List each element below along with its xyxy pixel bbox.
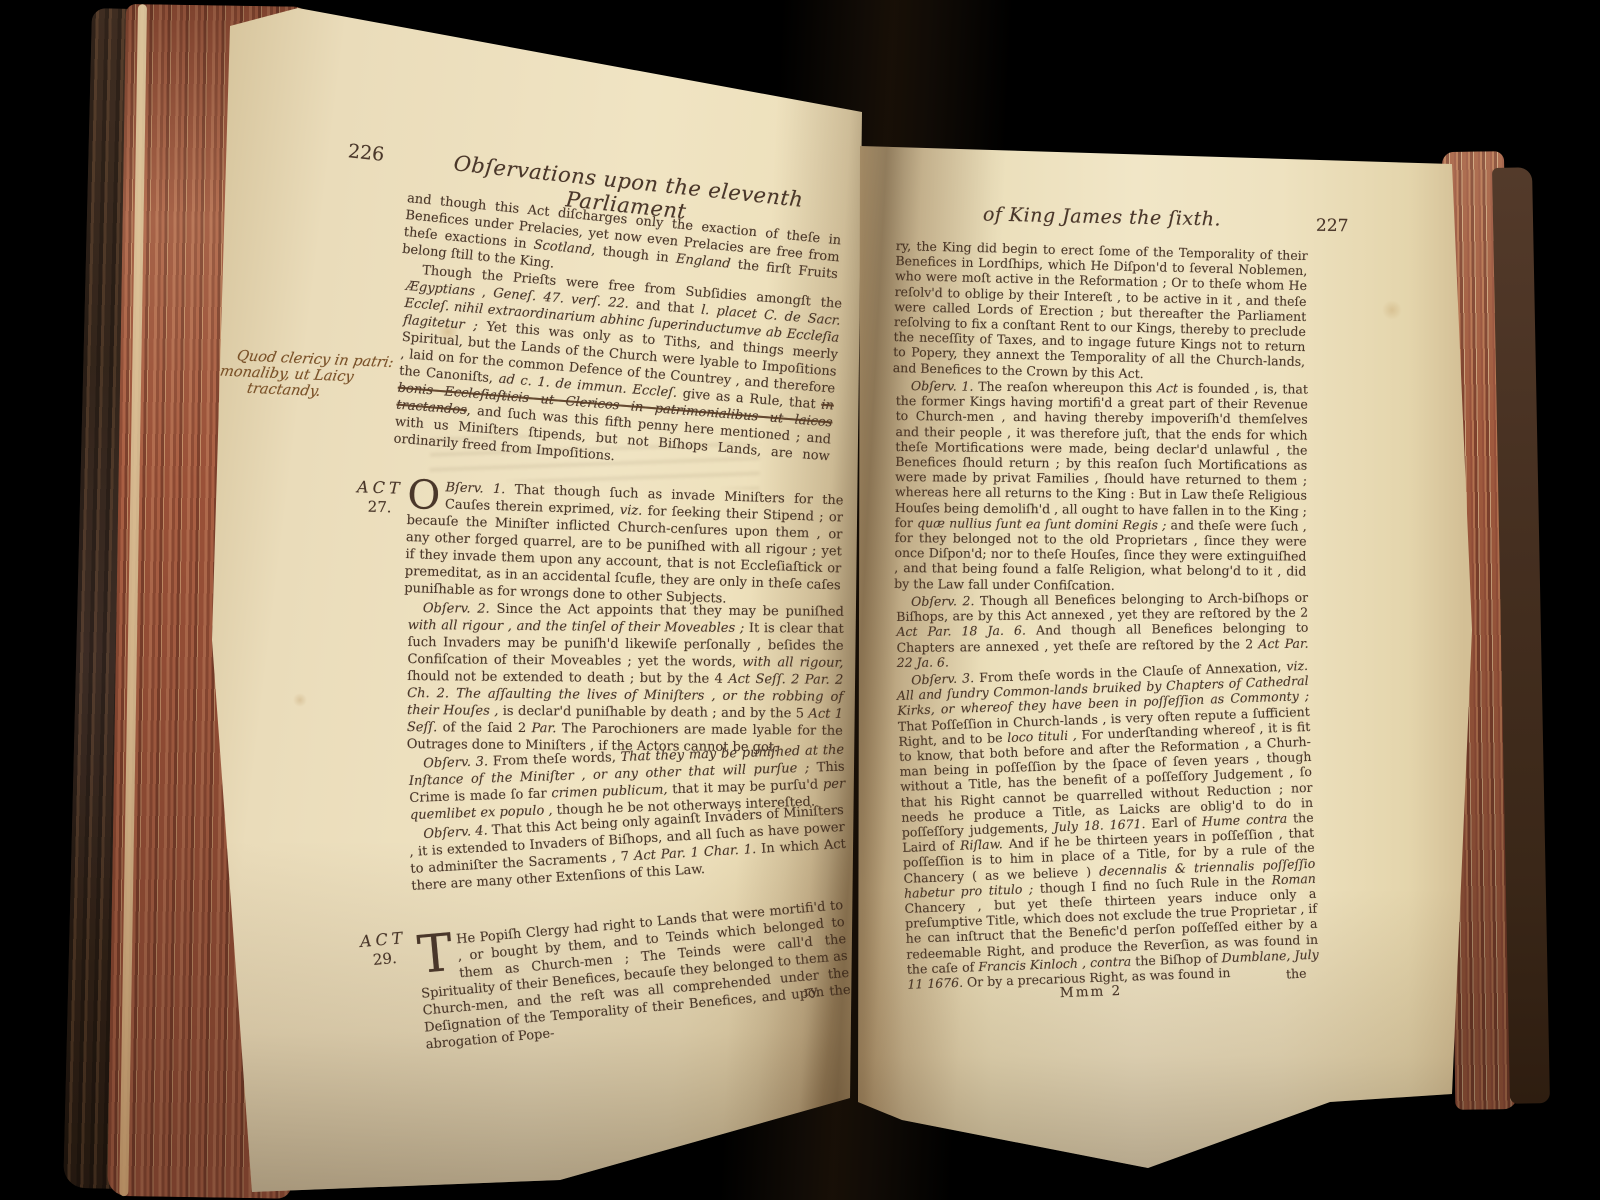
text-segment: viz. — [620, 503, 643, 519]
text-segment: , — [474, 284, 494, 300]
text-segment: with all rigour, — [742, 655, 843, 671]
text-segment: From theſe words, — [488, 750, 621, 769]
text-segment: Dumblane, — [1221, 947, 1290, 965]
text-segment: Since the Act appoints that they may be … — [490, 602, 844, 620]
text-segment: England — [675, 252, 731, 272]
catchword-right: the — [1286, 966, 1307, 982]
paragraph: Obſerv. 3. From theſe words in the Clauſ… — [896, 658, 1319, 992]
paragraph: Obſerv. 2. Though all Benefices belongin… — [896, 589, 1309, 669]
text-segment: He Popiſh Clergy had right to Lands that… — [421, 898, 852, 1053]
text-segment: is founded , is, that the former Kings h… — [895, 380, 1308, 530]
text-segment: crimen publicum, — [551, 782, 668, 801]
text-segment: Bſerv. 1. — [445, 480, 505, 497]
text-segment: The reaſon whereupon this — [973, 379, 1157, 396]
act-27-label: ACT 27. — [347, 477, 412, 517]
drop-cap: O — [407, 478, 446, 511]
text-segment: Par. — [531, 721, 556, 736]
text-segment: Act Par. 18 Ja. 6. — [896, 623, 1026, 639]
text-segment: with all rigour , and the tinſel of thei… — [408, 618, 745, 636]
drop-cap: T — [416, 931, 459, 974]
act-word: ACT — [348, 477, 413, 498]
text-segment: Roman — [1271, 870, 1316, 887]
right-running-header: of King James the ſixth. — [952, 203, 1252, 231]
text-segment: for ſeeking their Stipend ; or becauſe t… — [404, 504, 843, 607]
text-segment: Riſlaw. — [960, 836, 1003, 853]
text-segment: ſhould not be extended to death ; but by… — [407, 669, 728, 687]
left-text-column: and though this Act diſcharges only the … — [408, 190, 844, 1057]
paragraph: Obſerv. 2. Since the Act appoints that t… — [407, 600, 844, 757]
right-page-number: 227 — [1316, 216, 1349, 237]
text-segment: Obſerv. 4. — [423, 823, 488, 842]
text-segment: contra — [1090, 953, 1132, 969]
text-segment: Obſerv. 2. — [423, 601, 490, 617]
text-segment: is declar'd puniſhable by death ; and by… — [498, 704, 808, 722]
paragraph: Though the Prieſts were free from Subſid… — [393, 261, 843, 482]
right-text-column: ry, the King did begin to erect ſome of … — [896, 238, 1308, 995]
paragraph: Obſerv. 1. The reaſon whereupon this Act… — [894, 378, 1308, 594]
signature-mark: Mmm 2 — [1046, 982, 1137, 1001]
text-segment: of the ſaid 2 — [437, 720, 531, 736]
left-page-number: 226 — [347, 140, 385, 166]
paragraph: ry, the King did begin to erect ſome of … — [893, 238, 1308, 385]
catchword-left: ry, — [803, 983, 820, 1000]
text-segment: Act — [1157, 380, 1178, 395]
book-photograph: 226 Obſervations upon the eleventh Parli… — [0, 0, 1600, 1200]
text-segment: Obſerv. 3. — [423, 754, 488, 771]
act-number: 27. — [347, 497, 412, 517]
text-segment: Obſerv. 1. — [911, 378, 974, 394]
text-segment: Earl of — [1145, 814, 1202, 831]
text-segment: Obſerv. 2. — [911, 593, 974, 609]
text-segment: ry, the King did begin to erect ſome of … — [893, 238, 1308, 381]
text-segment: quæ nullius ſunt ea ſunt domini Regis ; — [917, 515, 1166, 532]
text-segment: Obſerv. 3. — [911, 670, 974, 687]
paragraph: THe Popiſh Clergy had right to Lands tha… — [416, 897, 853, 1054]
paragraph: OBſerv. 1. That though ſuch as invade Mi… — [404, 478, 844, 611]
